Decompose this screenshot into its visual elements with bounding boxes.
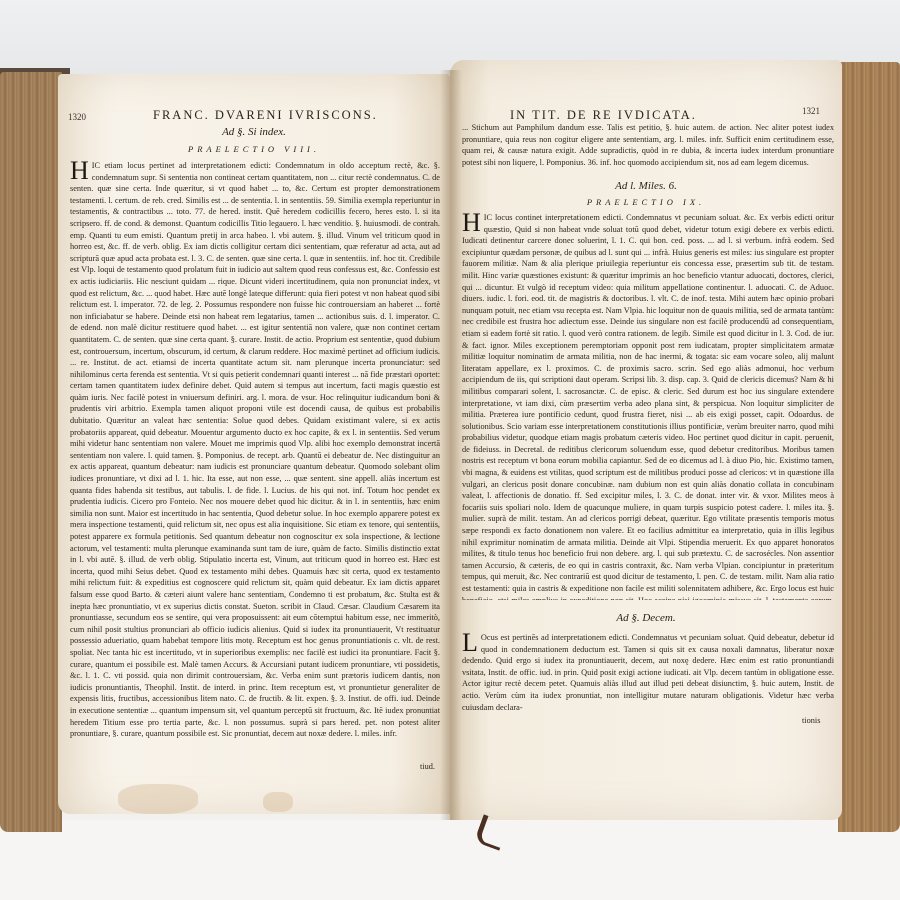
body-text-left: H IC etiam locus pertinet ad interpretat… — [70, 160, 440, 760]
lecture-heading-right: PRAELECTIO IX. — [450, 197, 842, 207]
catchword-left: tiud. — [420, 762, 435, 771]
book-fore-edge-right — [838, 62, 900, 832]
body-paragraph-right-2: Ocus est pertinēs ad interpretationem ed… — [462, 633, 834, 712]
catchword-right: tionis — [802, 716, 820, 725]
dropcap-right-1: H — [462, 213, 481, 233]
left-page: 1320 FRANC. DVARENI IVRISCONS. Ad §. Si … — [58, 74, 450, 814]
lecture-heading-left: PRAELECTIO VIII. — [58, 144, 450, 154]
body-text-right-1: H IC locus continet interpretationem edi… — [462, 212, 834, 600]
background-table — [0, 820, 900, 900]
book-fore-edge-left — [0, 72, 62, 832]
continuation-text: ... Stichum aut Pamphilum dandum esse. T… — [462, 122, 834, 182]
book-gutter — [440, 70, 462, 820]
running-head-left: FRANC. DVARENI IVRISCONS. — [153, 108, 378, 123]
running-head-right: IN TIT. DE RE IVDICATA. — [510, 108, 697, 123]
dropcap-right-2: L — [462, 633, 478, 653]
section-heading-left: Ad §. Si index. — [58, 126, 450, 138]
body-paragraph-right-1: IC locus continet interpretationem edict… — [462, 213, 834, 600]
right-page: IN TIT. DE RE IVDICATA. 1321 ... Stichum… — [450, 60, 842, 820]
folio-right: 1321 — [802, 106, 820, 116]
section-heading-miles: Ad l. Miles. 6. — [450, 180, 842, 192]
folio-left: 1320 — [68, 112, 86, 122]
water-stain — [118, 784, 198, 814]
water-stain — [263, 792, 293, 812]
dropcap-left: H — [70, 161, 89, 181]
section-heading-decem: Ad §. Decem. — [450, 612, 842, 624]
body-text-right-2: L Ocus est pertinēs ad interpretationem … — [462, 632, 834, 714]
body-paragraph-left: IC etiam locus pertinet ad interpretatio… — [70, 161, 440, 738]
